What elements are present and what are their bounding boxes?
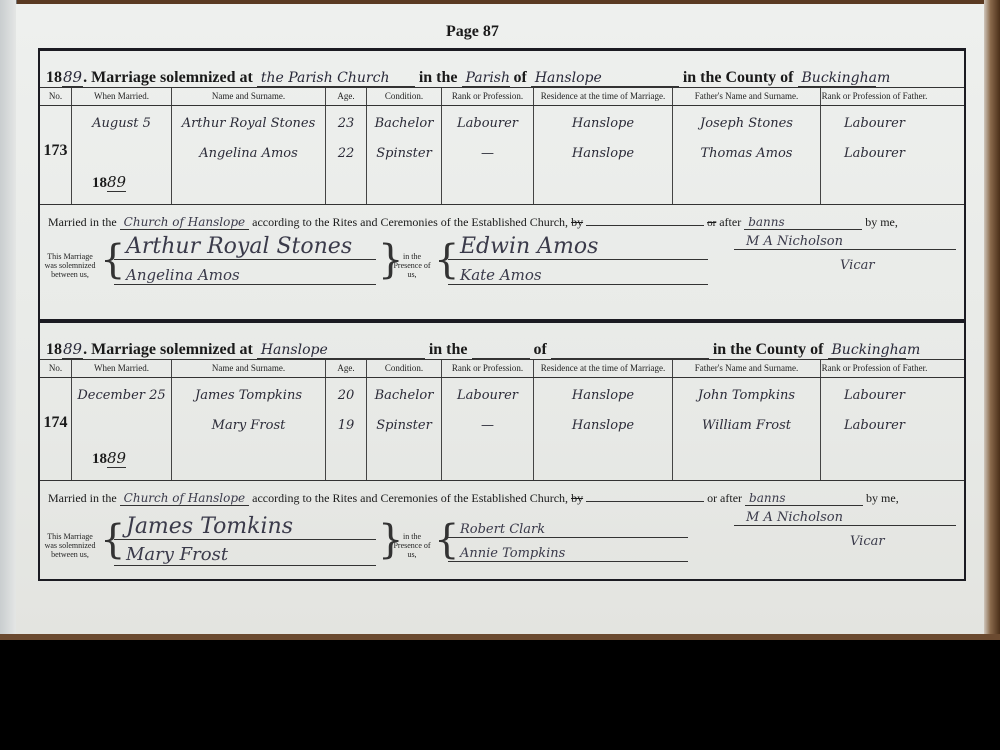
parish-field <box>551 358 709 359</box>
bride-signature: Mary Frost <box>114 544 376 566</box>
year-prefix: 18 <box>46 69 62 87</box>
father-ranks: LabourerLabourer <box>821 106 928 204</box>
entry-number: 174 <box>40 378 72 480</box>
groom-name: James Tompkins <box>172 388 325 403</box>
bride-name: Mary Frost <box>172 418 325 433</box>
fathers: John TompkinsWilliam Frost <box>673 378 821 480</box>
residences: HanslopeHanslope <box>534 106 673 204</box>
header-age: Age. <box>326 88 367 105</box>
entry-title: 1889 . Marriage solemnized at the Parish… <box>40 51 964 88</box>
entry-data-row: 174 December 251889 James TompkinsMary F… <box>40 378 964 481</box>
ages: 2322 <box>326 106 367 204</box>
marriage-entry-173: 1889 . Marriage solemnized at the Parish… <box>38 48 966 321</box>
groom-signature: James Tomkins <box>114 514 376 540</box>
banns-field: banns <box>745 491 863 506</box>
banns-field: banns <box>744 215 862 230</box>
in-the-field <box>472 358 530 359</box>
officiant-title: Vicar <box>850 534 885 549</box>
conditions: BachelorSpinster <box>367 106 442 204</box>
names: Arthur Royal StonesAngelina Amos <box>172 106 326 204</box>
place-field: the Parish Church <box>257 70 415 87</box>
entry-number: 173 <box>40 106 72 204</box>
facing-page-edge <box>0 0 17 640</box>
book-edge <box>984 0 1000 640</box>
county-field: Buckingham <box>828 342 906 359</box>
label-between-us: This Marriage was solemnized between us, <box>42 252 98 279</box>
signature-block: This Marriage was solemnized between us,… <box>40 230 964 300</box>
column-header-row: No. When Married. Name and Surname. Age.… <box>40 360 964 378</box>
groom-signature: Arthur Royal Stones <box>114 234 376 260</box>
label-presence: in the Presence of us, <box>392 252 432 279</box>
header-no: No. <box>40 88 72 105</box>
county-field: Buckingham <box>798 70 876 87</box>
residences: HanslopeHanslope <box>534 378 673 480</box>
header-father-rank: Rank or Profession of Father. <box>821 88 928 105</box>
entry-title: 1889 . Marriage solemnized at Hanslope i… <box>40 323 964 360</box>
label-county: in the County of <box>683 69 794 87</box>
in-the-field: Parish <box>462 70 510 87</box>
by-licence-field <box>586 225 704 226</box>
conditions: BachelorSpinster <box>367 378 442 480</box>
fathers: Joseph StonesThomas Amos <box>673 106 821 204</box>
register-photo: Page 87 1889 . Marriage solemnized at th… <box>0 0 1000 640</box>
place-field: Hanslope <box>257 342 425 359</box>
marriage-entry-174: 1889 . Marriage solemnized at Hanslope i… <box>38 320 966 581</box>
column-header-row: No. When Married. Name and Surname. Age.… <box>40 88 964 106</box>
label-solemnized-at: . Marriage solemnized at <box>83 69 253 87</box>
officiant-signature: M A Nicholson <box>734 510 956 526</box>
header-residence: Residence at the time of Marriage. <box>534 88 673 105</box>
groom-name: Arthur Royal Stones <box>172 116 325 131</box>
witness-2-signature: Kate Amos <box>448 266 708 285</box>
ranks: Labourer— <box>442 106 534 204</box>
officiant-title: Vicar <box>840 258 875 273</box>
header-condition: Condition. <box>367 88 442 105</box>
header-when: When Married. <box>72 88 172 105</box>
when-married: August 51889 <box>72 106 172 204</box>
signature-block: This Marriage was solemnized between us,… <box>40 506 964 576</box>
witness-1-signature: Edwin Amos <box>448 234 708 260</box>
label-of: of <box>514 69 527 87</box>
entry-data-row: 173 August 51889 Arthur Royal StonesAnge… <box>40 106 964 205</box>
header-rank: Rank or Profession. <box>442 88 534 105</box>
parish-field: Hanslope <box>531 70 679 87</box>
header-name: Name and Surname. <box>172 88 326 105</box>
bride-signature: Angelina Amos <box>114 266 376 285</box>
book-bottom-edge <box>0 634 1000 640</box>
label-in-the: in the <box>419 69 458 87</box>
married-in-line: Married in the Church of Hanslope accord… <box>40 205 964 230</box>
when-married: December 251889 <box>72 378 172 480</box>
married-in-field: Church of Hanslope <box>120 215 249 230</box>
register-page: Page 87 1889 . Marriage solemnized at th… <box>16 4 984 638</box>
year-suffix: 89 <box>62 340 83 359</box>
married-in-line: Married in the Church of Hanslope accord… <box>40 481 964 506</box>
witness-2-signature: Annie Tompkins <box>448 546 688 562</box>
by-licence-field <box>586 501 704 502</box>
ranks: Labourer— <box>442 378 534 480</box>
page-number: Page 87 <box>446 23 499 41</box>
officiant-signature: M A Nicholson <box>734 234 956 250</box>
father-ranks: LabourerLabourer <box>821 378 928 480</box>
year-suffix: 89 <box>62 68 83 87</box>
married-in-field: Church of Hanslope <box>120 491 249 506</box>
ages: 2019 <box>326 378 367 480</box>
witness-1-signature: Robert Clark <box>448 522 688 538</box>
names: James TompkinsMary Frost <box>172 378 326 480</box>
header-father: Father's Name and Surname. <box>673 88 821 105</box>
bride-name: Angelina Amos <box>172 146 325 161</box>
